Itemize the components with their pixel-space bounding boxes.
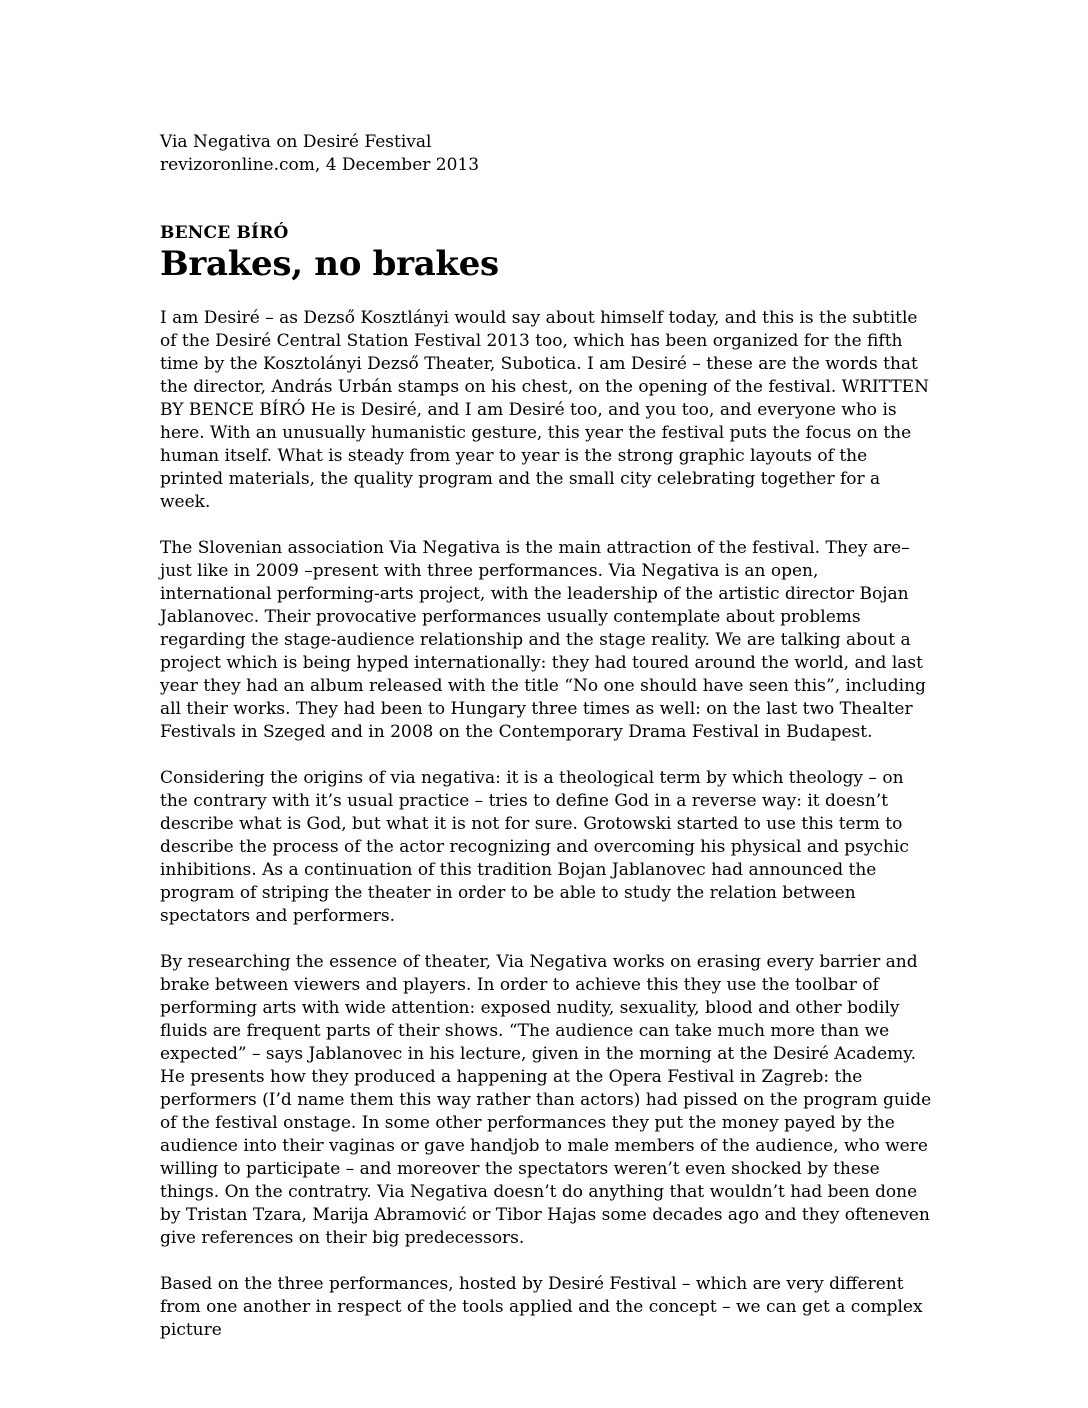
article-paragraph: Considering the origins of via negativa:… xyxy=(160,767,932,928)
document-source-block: Via Negativa on Desiré Festival revizoro… xyxy=(160,131,932,177)
document-page: Via Negativa on Desiré Festival revizoro… xyxy=(0,0,1088,1408)
article-paragraph: By researching the essence of theater, V… xyxy=(160,951,932,1250)
source-publication-date: revizoronline.com, 4 December 2013 xyxy=(160,154,932,177)
source-title: Via Negativa on Desiré Festival xyxy=(160,131,932,154)
article-paragraph: The Slovenian association Via Negativa i… xyxy=(160,537,932,744)
article-paragraph: Based on the three performances, hosted … xyxy=(160,1273,932,1342)
article-paragraph: I am Desiré – as Dezső Kosztlányi would … xyxy=(160,307,932,514)
author-name: BENCE BÍRÓ xyxy=(160,222,932,245)
article-body: I am Desiré – as Dezső Kosztlányi would … xyxy=(160,307,932,1342)
document-content: Via Negativa on Desiré Festival revizoro… xyxy=(160,131,932,1342)
article-title: Brakes, no brakes xyxy=(160,246,932,283)
